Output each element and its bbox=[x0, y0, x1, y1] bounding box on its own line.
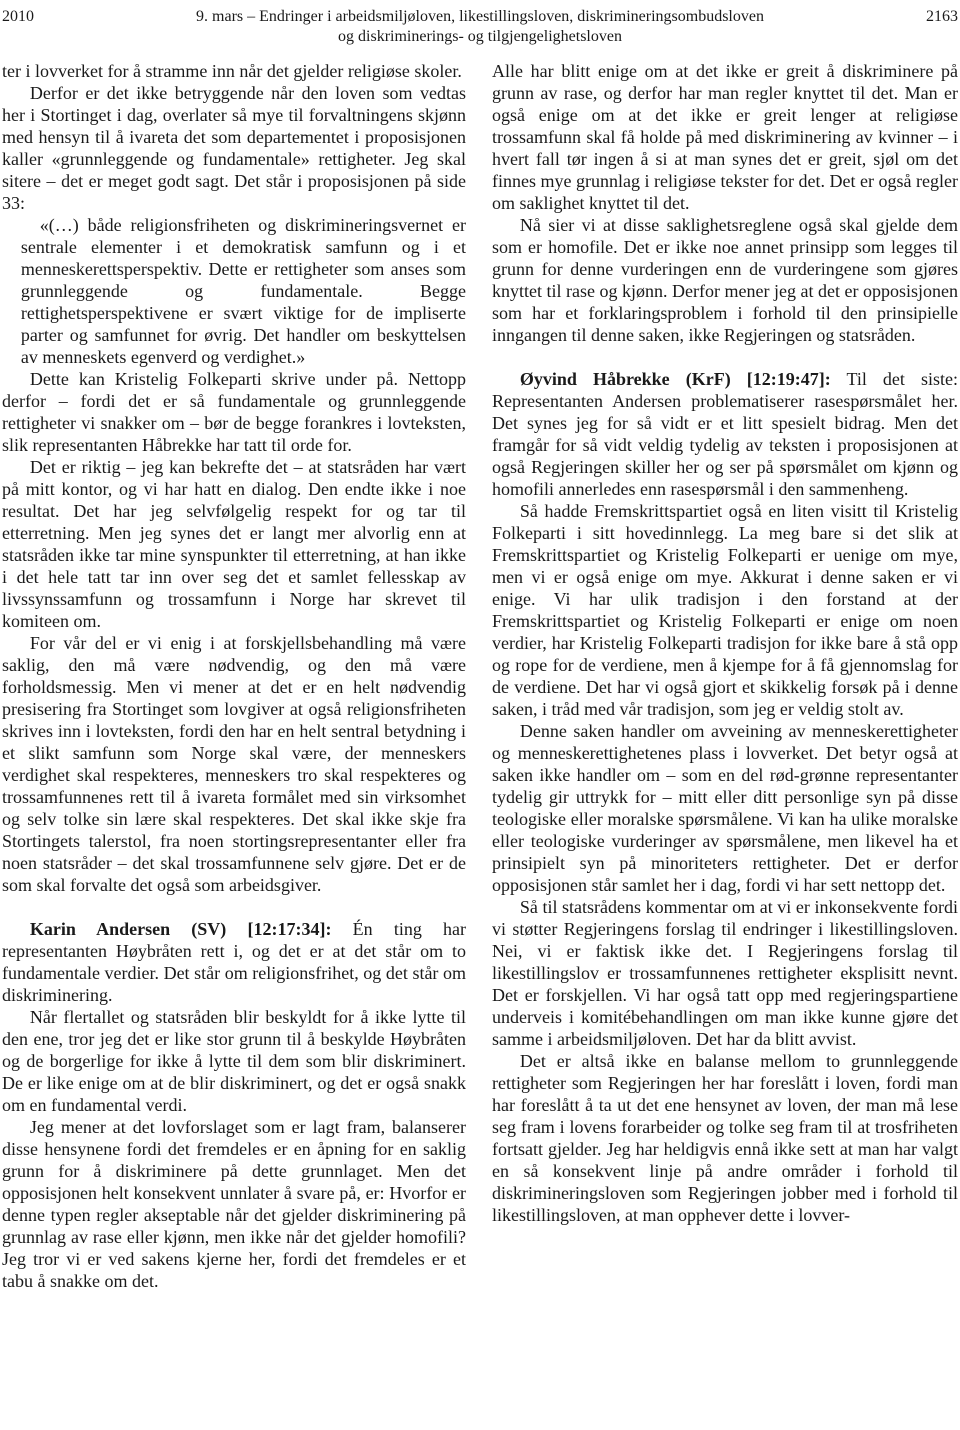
paragraph: Dette kan Kristelig Folkeparti skrive un… bbox=[2, 368, 466, 456]
header-year: 2010 bbox=[2, 7, 74, 27]
header-title-line2: og diskriminerings- og tilgjengelighetsl… bbox=[74, 27, 886, 47]
header-title-line1: 9. mars – Endringer i arbeidsmiljøloven,… bbox=[74, 7, 886, 27]
paragraph: For vår del er vi enig i at forskjellsbe… bbox=[2, 632, 466, 896]
paragraph: Det er altså ikke en balanse mellom to g… bbox=[492, 1050, 958, 1226]
right-column: Alle har blitt enige om at det ikke er g… bbox=[492, 60, 958, 1292]
speaker-name: Karin Andersen (SV) [12:17:34]: bbox=[30, 919, 332, 939]
paragraph: Denne saken handler om avveining av menn… bbox=[492, 720, 958, 896]
paragraph: Når flertallet og statsråden blir beskyl… bbox=[2, 1006, 466, 1116]
header-title: 9. mars – Endringer i arbeidsmiljøloven,… bbox=[74, 7, 886, 47]
paragraph: Nå sier vi at disse saklighetsreglene og… bbox=[492, 214, 958, 346]
paragraph: Så hadde Fremskrittspartiet også en lite… bbox=[492, 500, 958, 720]
paragraph: ter i lovverket for å stramme inn når de… bbox=[2, 60, 466, 82]
paragraph: Det er riktig – jeg kan bekrefte det – a… bbox=[2, 456, 466, 632]
left-column: ter i lovverket for å stramme inn når de… bbox=[2, 60, 466, 1292]
header-page-number: 2163 bbox=[886, 7, 958, 27]
text-columns: ter i lovverket for å stramme inn når de… bbox=[2, 60, 958, 1292]
paragraph: Derfor er det ikke betryggende når den l… bbox=[2, 82, 466, 214]
paragraph: Så til statsrådens kommentar om at vi er… bbox=[492, 896, 958, 1050]
paragraph: Alle har blitt enige om at det ikke er g… bbox=[492, 60, 958, 214]
paragraph: Jeg mener at det lovforslaget som er lag… bbox=[2, 1116, 466, 1292]
speech-paragraph: Karin Andersen (SV) [12:17:34]: Én ting … bbox=[2, 918, 466, 1006]
speech-paragraph: Øyvind Håbrekke (KrF) [12:19:47]: Til de… bbox=[492, 368, 958, 500]
document-page: 2010 9. mars – Endringer i arbeidsmiljøl… bbox=[0, 0, 960, 1430]
page-header: 2010 9. mars – Endringer i arbeidsmiljøl… bbox=[2, 7, 958, 47]
quote-paragraph: «(…) både religionsfriheten og diskrimin… bbox=[21, 214, 466, 368]
speaker-name: Øyvind Håbrekke (KrF) [12:19:47]: bbox=[520, 369, 831, 389]
